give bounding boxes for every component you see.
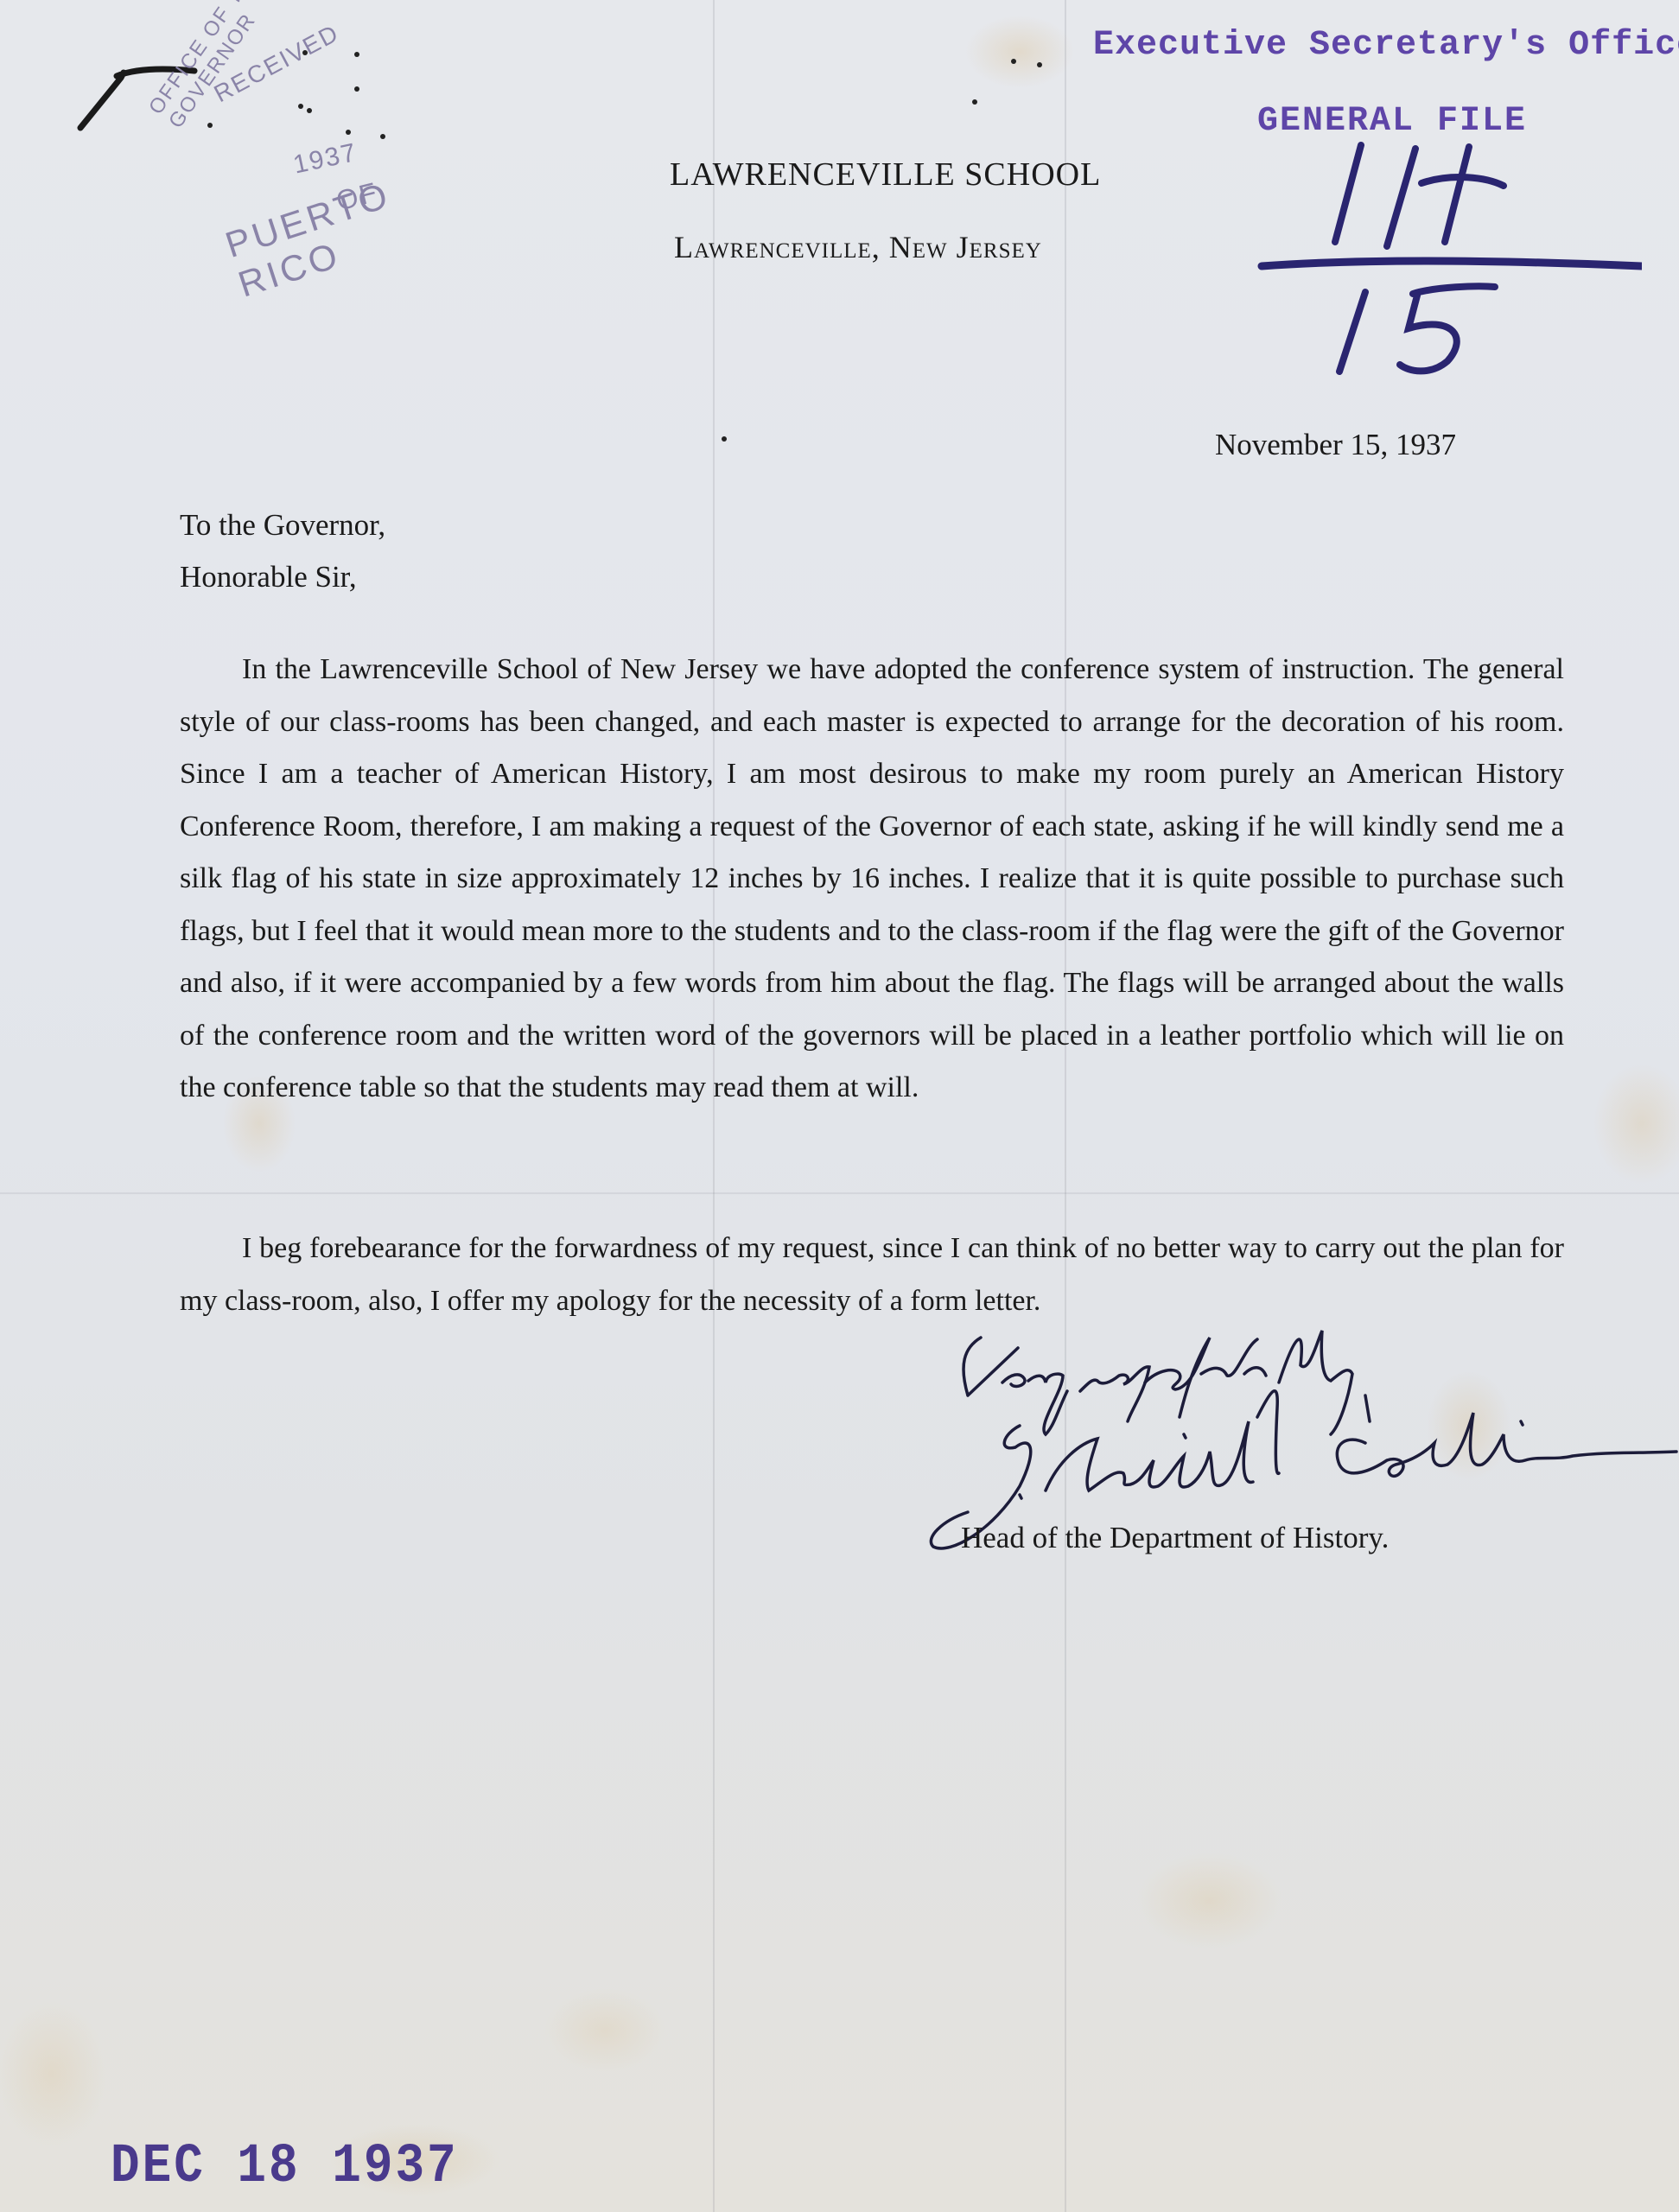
perforation-dot [302, 50, 308, 55]
salutation-greeting: Honorable Sir, [180, 551, 385, 603]
perforation-dot [207, 123, 213, 128]
perforation-dot [1037, 62, 1042, 67]
handwritten-file-number: 114 [1253, 138, 1642, 397]
letterhead-location: Lawrenceville, New Jersey [674, 229, 1042, 265]
general-file-stamp: GENERAL FILE [1257, 102, 1527, 141]
file-number-top: 114 [1270, 246, 1272, 248]
signer-title: Head of the Department of History. [961, 1521, 1389, 1555]
perforation-dot [354, 86, 359, 92]
stamp-year-text: 1937 [290, 138, 359, 181]
executive-office-stamp: Executive Secretary's Office [1093, 26, 1679, 65]
letter-date: November 15, 1937 [1215, 428, 1456, 462]
letter-body-paragraph-1: In the Lawrenceville School of New Jerse… [180, 644, 1564, 1115]
handwritten-signature: Very respectfully, [916, 1313, 1679, 1555]
file-number-bottom: 15 [0, 0, 1, 1]
perforation-dot [722, 436, 727, 442]
salutation-recipient: To the Governor, [180, 499, 385, 551]
paper-fold [0, 1192, 1679, 1194]
perforation-dot [972, 99, 977, 105]
perforation-dot [1011, 59, 1016, 64]
closing-text: Very respectfully, [916, 1313, 923, 1314]
received-stamp: OFFICE OF THE GOVERNOR RECEIVED 1937 OF … [147, 9, 475, 294]
salutation: To the Governor, Honorable Sir, [180, 499, 385, 603]
perforation-dot [354, 52, 359, 57]
date-received-stamp: DEC 18 1937 [111, 2134, 459, 2198]
perforation-dot [346, 130, 351, 135]
signature-name: J. Archibald Corlie [0, 0, 1, 1]
stamp-place-text: PUERTO RICO [220, 152, 476, 306]
paragraph-text: I beg forebearance for the forwardness o… [180, 1223, 1564, 1327]
letterhead-school-name: LAWRENCEVILLE SCHOOL [670, 156, 1101, 194]
perforation-dot [380, 134, 385, 139]
perforation-dot [307, 108, 312, 113]
letter-page: OFFICE OF THE GOVERNOR RECEIVED 1937 OF … [0, 0, 1679, 2212]
perforation-dot [298, 104, 303, 109]
paragraph-text: In the Lawrenceville School of New Jerse… [180, 644, 1564, 1115]
letter-body-paragraph-2: I beg forebearance for the forwardness o… [180, 1223, 1564, 1327]
